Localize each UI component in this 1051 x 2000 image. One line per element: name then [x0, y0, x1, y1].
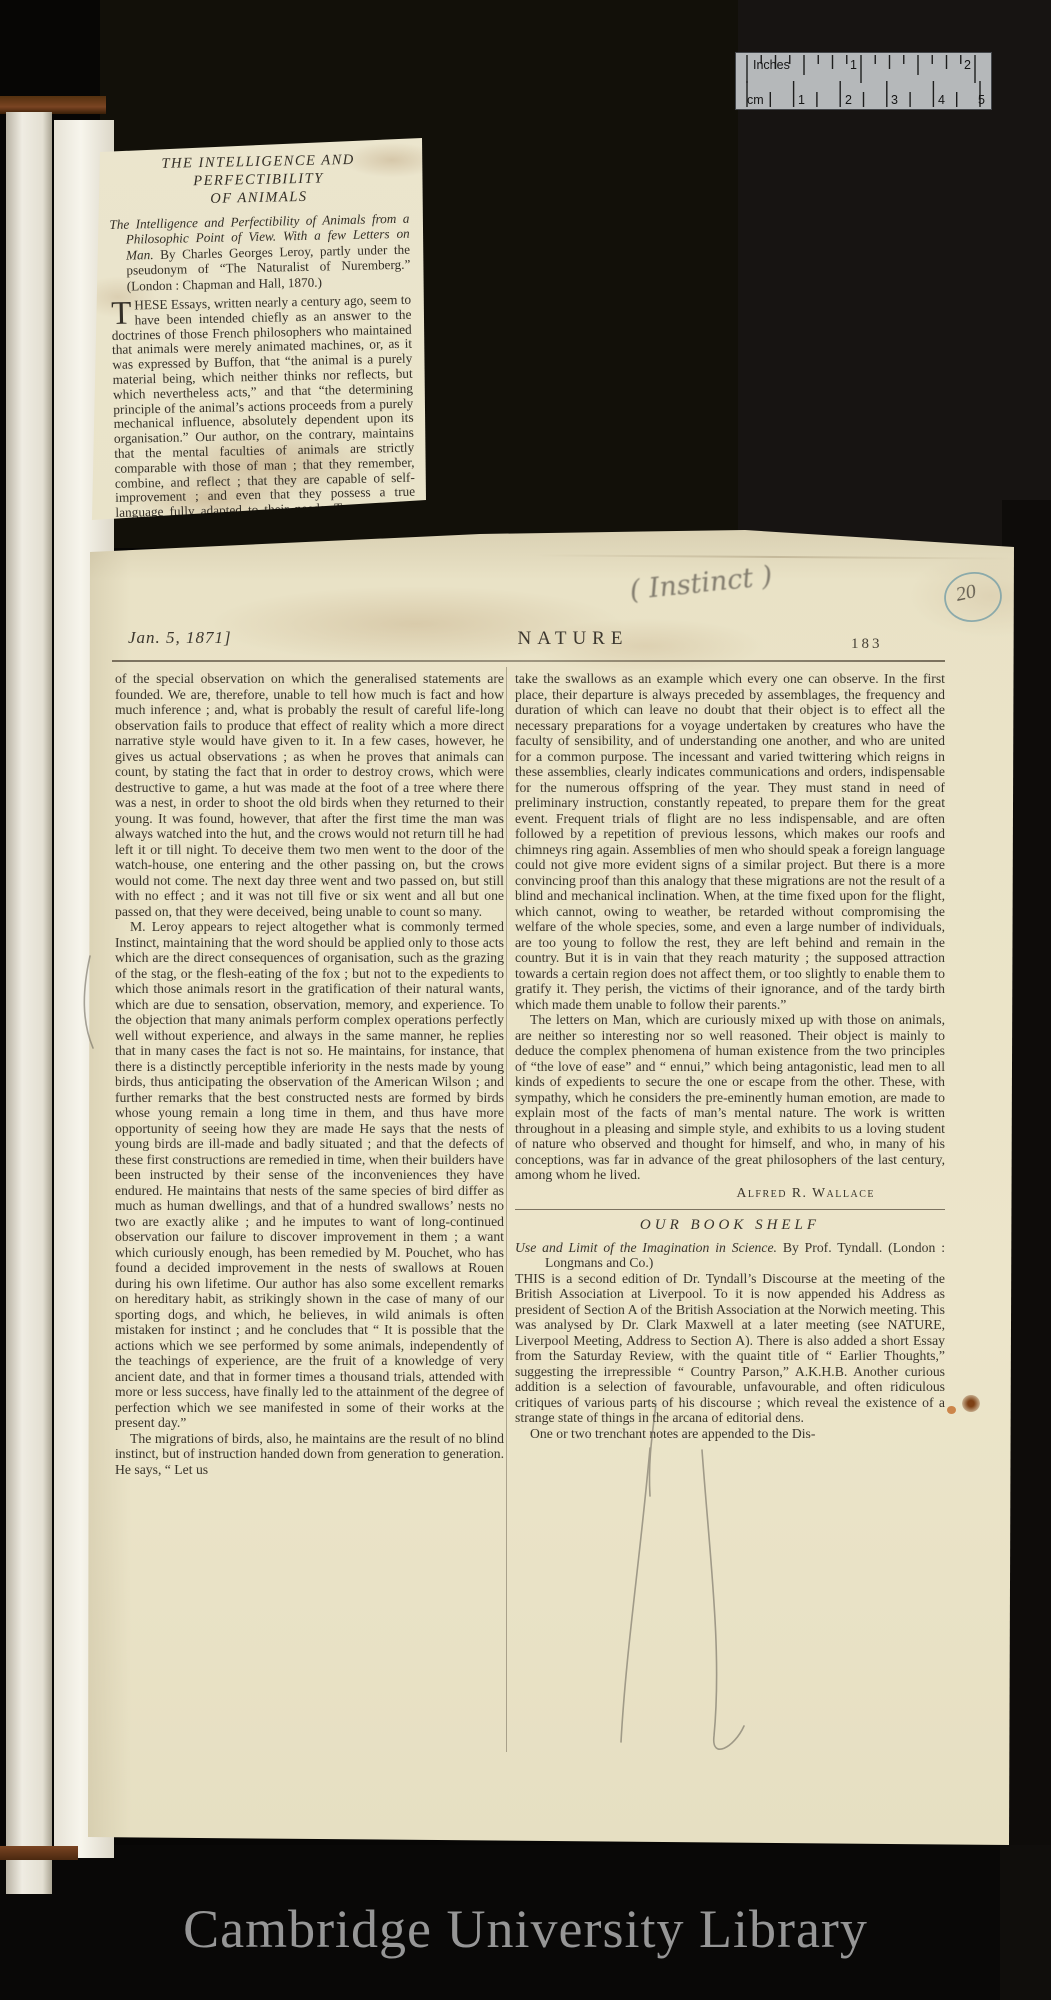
- drop-cap: T: [111, 299, 135, 328]
- scanned-document-stage: Jan. 5, 1871] NATURE 183 of the special …: [0, 0, 1051, 2000]
- book-citation-title: Use and Limit of the Imagination in Scie…: [515, 1240, 777, 1255]
- section-rule: [515, 1209, 945, 1210]
- book-page-edge-outer: [6, 112, 52, 1894]
- paragraph: take the swallows as an example which ev…: [515, 671, 945, 1012]
- clipping-citation: The Intelligence and Perfectibility of A…: [109, 211, 411, 294]
- left-column: of the special observation on which the …: [115, 671, 504, 1477]
- ruler-cm-label: cm: [747, 93, 764, 107]
- ruler-cm-5: 5: [978, 93, 985, 107]
- ruler-cm-3: 3: [891, 93, 898, 107]
- foxing-spot-small: [947, 1406, 956, 1414]
- paragraph: of the special observation on which the …: [115, 671, 504, 919]
- clipping-citation-publisher: By Charles Georges Leroy, partly under t…: [126, 242, 410, 294]
- section-heading: OUR BOOK SHELF: [515, 1218, 945, 1234]
- ruler-inches-label: Inches: [753, 58, 790, 72]
- article-signature: Alfred R. Wallace: [515, 1185, 945, 1201]
- ruler-cm-2: 2: [845, 93, 852, 107]
- header-rule: [112, 660, 945, 662]
- ruler-inch-2: 2: [964, 58, 971, 72]
- measurement-ruler: Inches 1 2 cm 1 2 3 4 5: [735, 52, 992, 110]
- column-divider: [506, 667, 507, 1752]
- book-citation: Use and Limit of the Imagination in Scie…: [515, 1240, 945, 1271]
- paragraph: One or two trenchant notes are appended …: [515, 1426, 945, 1442]
- book-board-bottom-edge: [0, 1846, 78, 1860]
- ruler-inch-1: 1: [850, 58, 857, 72]
- right-column: take the swallows as an example which ev…: [515, 671, 945, 1441]
- foxing-spot-large: [962, 1395, 980, 1412]
- paragraph: THIS is a second edition of Dr. Tyndall’…: [515, 1271, 945, 1426]
- paragraph: The letters on Man, which are curiously …: [515, 1012, 945, 1183]
- paragraph: The migrations of birds, also, he mainta…: [115, 1431, 504, 1478]
- header-page-number: 183: [851, 636, 883, 653]
- header-journal-title: NATURE: [498, 628, 648, 650]
- paragraph: M. Leroy appears to reject altogether wh…: [115, 919, 504, 1431]
- ruler-cm-4: 4: [938, 93, 945, 107]
- newspaper-clipping: THE INTELLIGENCE AND PERFECTIBILITY OF A…: [92, 132, 426, 524]
- library-watermark: Cambridge University Library: [0, 1898, 1051, 1960]
- ruler-cm-1: 1: [798, 93, 805, 107]
- header-issue-date: Jan. 5, 1871]: [128, 628, 232, 648]
